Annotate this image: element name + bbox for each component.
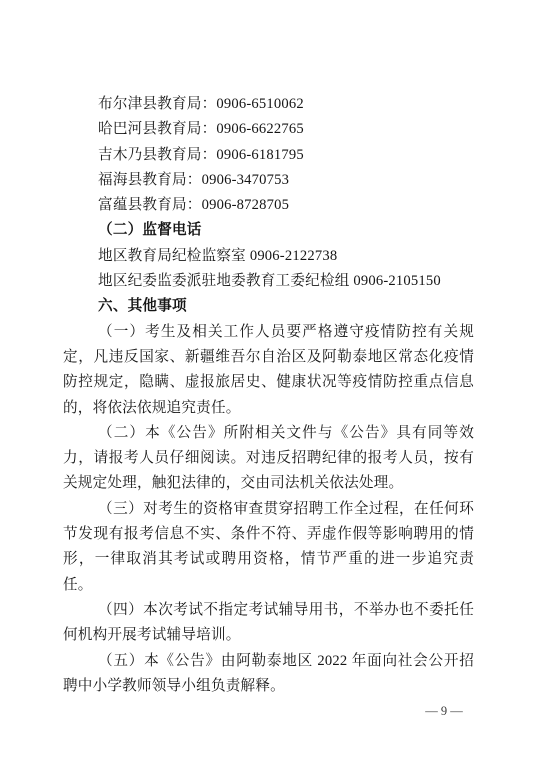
contact-phone-line: 福海县教育局：0906-3470753 — [63, 168, 474, 193]
page-number: — 9 — — [408, 702, 480, 720]
contact-phone-list: 布尔津县教育局：0906-6510062 哈巴河县教育局：0906-662276… — [63, 92, 474, 218]
supervision-phone-line: 地区教育局纪检监察室 0906-2122738 — [63, 244, 474, 269]
contact-phone-line: 富蕴县教育局：0906-8728705 — [63, 193, 474, 218]
other-matters-paragraph: （三）对考生的资格审查贯穿招聘工作全过程，在任何环节发现有报考信息不实、条件不符… — [63, 497, 474, 598]
other-matters-heading: 六、其他事项 — [63, 294, 474, 319]
supervision-phone-list: 地区教育局纪检监察室 0906-2122738 地区纪委监委派驻地委教育工委纪检… — [63, 244, 474, 295]
supervision-phone-line: 地区纪委监委派驻地委教育工委纪检组 0906-2105150 — [63, 269, 474, 294]
other-matters-paragraphs: （一）考生及相关工作人员要严格遵守疫情防控有关规定，凡违反国家、新疆维吾尔自治区… — [63, 320, 474, 699]
document-page: 布尔津县教育局：0906-6510062 哈巴河县教育局：0906-662276… — [0, 0, 539, 762]
other-matters-paragraph: （一）考生及相关工作人员要严格遵守疫情防控有关规定，凡违反国家、新疆维吾尔自治区… — [63, 320, 474, 421]
contact-phone-line: 哈巴河县教育局：0906-6622765 — [63, 117, 474, 142]
contact-phone-line: 吉木乃县教育局：0906-6181795 — [63, 143, 474, 168]
other-matters-paragraph: （四）本次考试不指定考试辅导用书，不举办也不委托任何机构开展考试辅导培训。 — [63, 598, 474, 649]
other-matters-paragraph: （五）本《公告》由阿勒泰地区 2022 年面向社会公开招聘中小学教师领导小组负责… — [63, 649, 474, 700]
other-matters-paragraph: （二）本《公告》所附相关文件与《公告》具有同等效力，请报考人员仔细阅读。对违反招… — [63, 421, 474, 497]
document-body: 布尔津县教育局：0906-6510062 哈巴河县教育局：0906-662276… — [63, 92, 474, 699]
supervision-phone-heading: （二）监督电话 — [63, 218, 474, 243]
contact-phone-line: 布尔津县教育局：0906-6510062 — [63, 92, 474, 117]
